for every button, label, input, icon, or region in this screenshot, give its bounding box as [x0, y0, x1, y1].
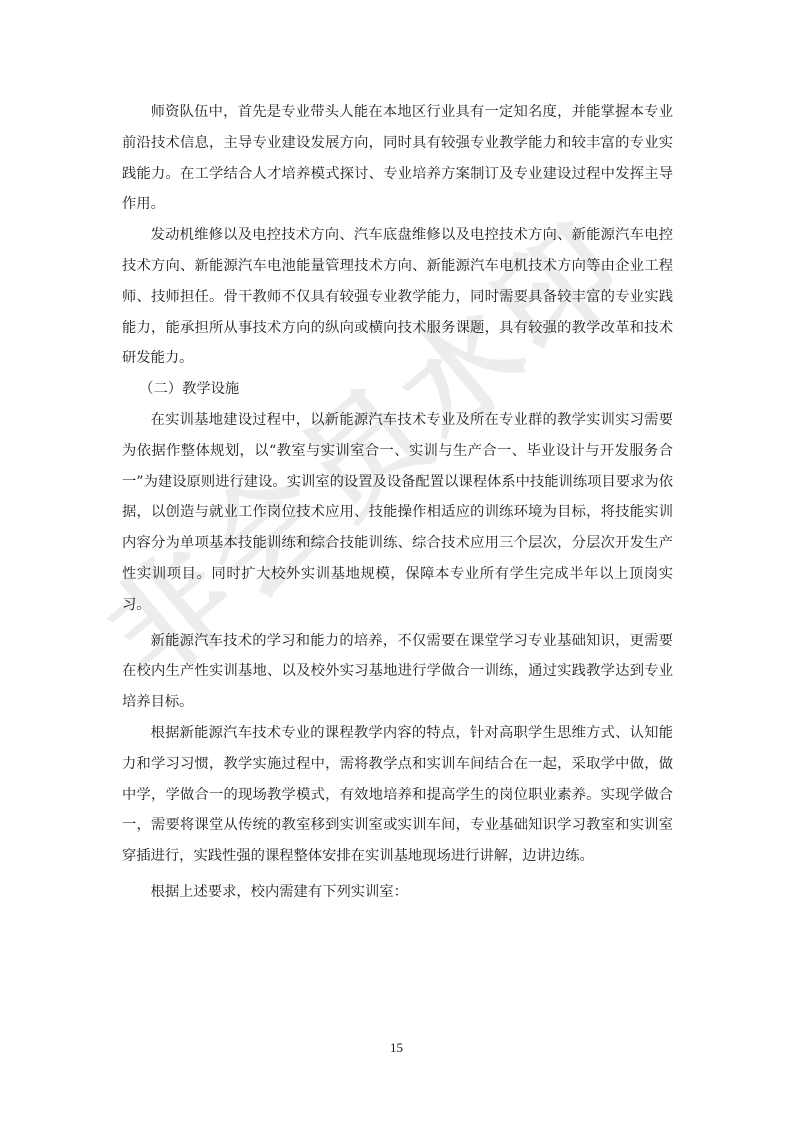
document-page: 非会员水印 师资队伍中，首先是专业带头人能在本地区行业具有一定知名度，并能掌握本… — [0, 0, 793, 1122]
section-heading-teaching-facilities: （二）教学设施 — [122, 374, 673, 405]
paragraph-faculty-leader: 师资队伍中，首先是专业带头人能在本地区行业具有一定知名度，并能掌握本专业前沿技术… — [122, 97, 673, 220]
page-number: 15 — [0, 1040, 793, 1056]
paragraph-training-base: 在实训基地建设过程中，以新能源汽车技术专业及所在专业群的教学实训实习需要为依据作… — [122, 405, 673, 621]
paragraph-learning-ability: 新能源汽车技术的学习和能力的培养，不仅需要在课堂学习专业基础知识，更需要在校内生… — [122, 626, 673, 718]
document-body: 师资队伍中，首先是专业带头人能在本地区行业具有一定知名度，并能掌握本专业前沿技术… — [122, 97, 673, 908]
paragraph-engineers-backbone: 发动机维修以及电控技术方向、汽车底盘维修以及电控技术方向、新能源汽车电控技术方向… — [122, 220, 673, 374]
paragraph-required-labs: 根据上述要求，校内需建有下列实训室： — [122, 877, 673, 908]
paragraph-course-characteristics: 根据新能源汽车技术专业的课程教学内容的特点，针对高职学生思维方式、认知能力和学习… — [122, 718, 673, 872]
